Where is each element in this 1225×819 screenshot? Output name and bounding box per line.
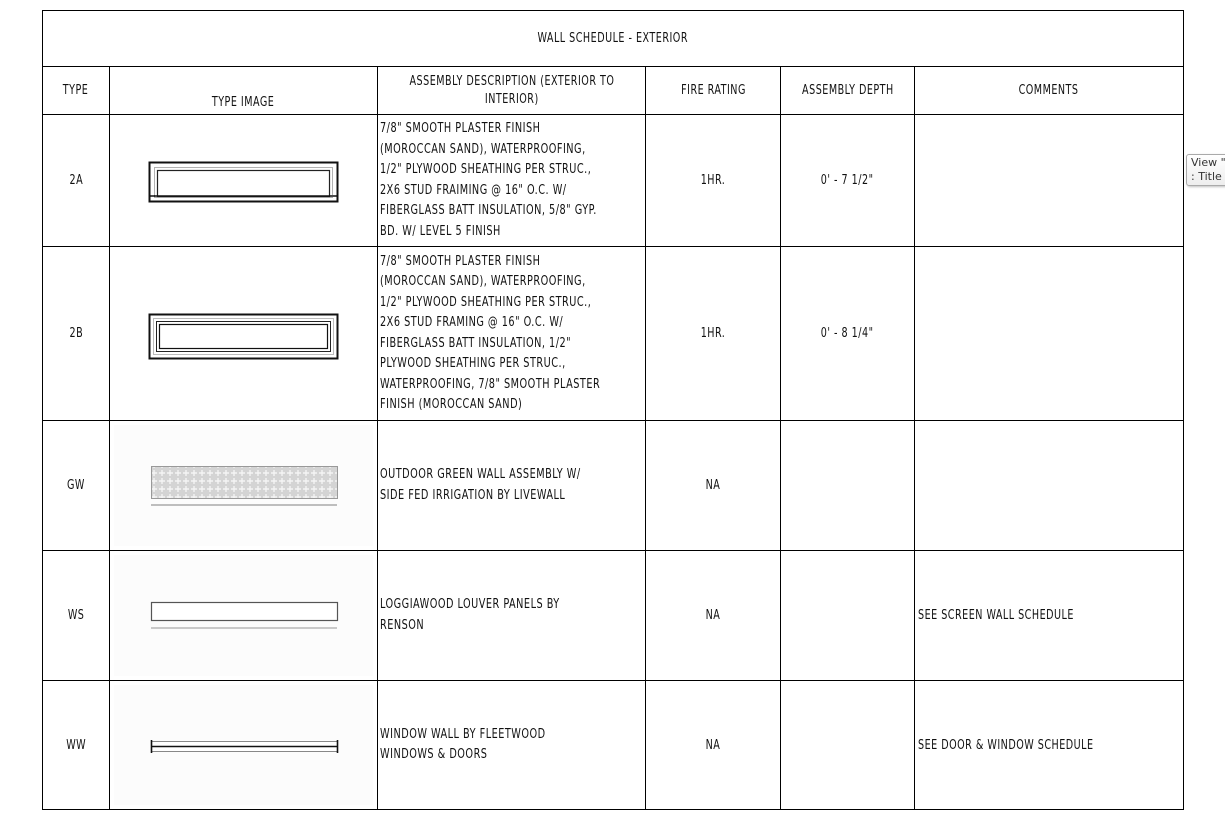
type-image-cell <box>110 115 378 247</box>
type-cell: 2A <box>43 115 110 247</box>
header-assembly-description: ASSEMBLY DESCRIPTION (EXTERIOR TO INTERI… <box>378 67 646 115</box>
type-image-cell <box>110 421 378 551</box>
type-cell: 2B <box>43 247 110 421</box>
schedule-title: WALL SCHEDULE - EXTERIOR <box>43 11 1184 67</box>
fire-rating-cell: NA <box>646 551 781 681</box>
wall-schedule-table: WALL SCHEDULE - EXTERIOR TYPE TYPE IMAGE… <box>42 10 1184 810</box>
table-row[interactable]: WS LOGGIAWOOD LOUVER PANELS BY RENSON NA… <box>43 551 1184 681</box>
table-row[interactable]: WW WINDOW WALL BY FLEETWOOD WINDOWS & DO… <box>43 681 1184 810</box>
comments-cell: SEE DOOR & WINDOW SCHEDULE <box>915 681 1184 810</box>
comments-cell <box>915 247 1184 421</box>
assembly-depth-cell <box>781 551 915 681</box>
assembly-depth-cell <box>781 421 915 551</box>
tooltip-line-1: View " <box>1191 156 1225 170</box>
fire-rating-cell: 1HR. <box>646 115 781 247</box>
assembly-description: WINDOW WALL BY FLEETWOOD WINDOWS & DOORS <box>378 681 646 810</box>
header-type: TYPE <box>43 67 110 115</box>
assembly-description: OUTDOOR GREEN WALL ASSEMBLY W/ SIDE FED … <box>378 421 646 551</box>
view-title-tooltip: View " : Title <box>1186 154 1225 186</box>
type-image-cell <box>110 681 378 810</box>
type-cell: GW <box>43 421 110 551</box>
comments-cell <box>915 115 1184 247</box>
table-row[interactable]: 2A 7/8" SMOOTH PLASTER FINISH (MOROCCAN … <box>43 115 1184 247</box>
comments-cell: SEE SCREEN WALL SCHEDULE <box>915 551 1184 681</box>
type-image-cell <box>110 551 378 681</box>
table-row[interactable]: GW OUTDOOR GREEN WALL ASSEMBLY W/ SIDE F… <box>43 421 1184 551</box>
tooltip-line-2: : Title <box>1191 170 1225 184</box>
header-type-image: TYPE IMAGE <box>110 67 378 115</box>
assembly-depth-cell <box>781 681 915 810</box>
assembly-description: LOGGIAWOOD LOUVER PANELS BY RENSON <box>378 551 646 681</box>
table-row[interactable]: 2B 7/8" SMOOTH PLASTER FINISH (MOROCCAN … <box>43 247 1184 421</box>
type-cell: WW <box>43 681 110 810</box>
green-wall-section-icon <box>110 421 378 551</box>
header-comments: COMMENTS <box>915 67 1184 115</box>
louver-panel-section-icon <box>110 551 378 681</box>
header-fire-rating: FIRE RATING <box>646 67 781 115</box>
assembly-description: 7/8" SMOOTH PLASTER FINISH (MOROCCAN SAN… <box>378 115 646 247</box>
header-assembly-depth: ASSEMBLY DEPTH <box>781 67 915 115</box>
fire-rating-cell: NA <box>646 421 781 551</box>
assembly-description: 7/8" SMOOTH PLASTER FINISH (MOROCCAN SAN… <box>378 247 646 421</box>
fire-rating-cell: NA <box>646 681 781 810</box>
assembly-depth-cell: 0' - 7 1/2" <box>781 115 915 247</box>
fire-rating-cell: 1HR. <box>646 247 781 421</box>
wall-section-2a-icon <box>110 115 378 247</box>
type-image-cell <box>110 247 378 421</box>
window-wall-section-icon <box>110 681 378 810</box>
comments-cell <box>915 421 1184 551</box>
type-cell: WS <box>43 551 110 681</box>
assembly-depth-cell: 0' - 8 1/4" <box>781 247 915 421</box>
wall-section-2b-icon <box>110 247 378 421</box>
